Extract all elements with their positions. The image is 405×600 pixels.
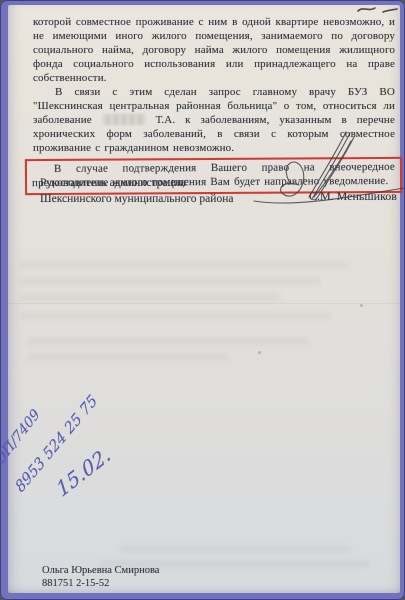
footer-contact: Ольга Юрьевна Смирнова 881751 2-15-52 (42, 564, 159, 590)
paper-speck (258, 351, 261, 354)
bleed-through-line (28, 354, 228, 361)
bleed-through-line (20, 262, 350, 269)
bleed-through-line (20, 294, 280, 301)
paper-crease (8, 303, 400, 304)
paragraph-continuation: которой совместное проживание с ним в од… (33, 15, 395, 85)
bleed-through-line (20, 278, 320, 285)
signatory-title-line1: Руководитель администрации (40, 176, 233, 192)
redacted-name-blur (102, 114, 146, 125)
contact-name: Ольга Юрьевна Смирнова (42, 564, 159, 577)
signatory-title: Руководитель администрации Шекснинского … (40, 176, 233, 207)
scanned-letter-page: которой совместное проживание с ним в од… (0, 0, 405, 600)
paper-speck (360, 304, 363, 307)
contact-phone: 881751 2-15-52 (42, 577, 159, 590)
signer-name: С.М. Меньшиков (309, 189, 397, 204)
bleed-through-line (120, 545, 350, 553)
bleed-through-line (20, 312, 330, 319)
signatory-title-line2: Шекснинского муниципального района (40, 192, 233, 208)
bleed-through-line (28, 338, 308, 345)
